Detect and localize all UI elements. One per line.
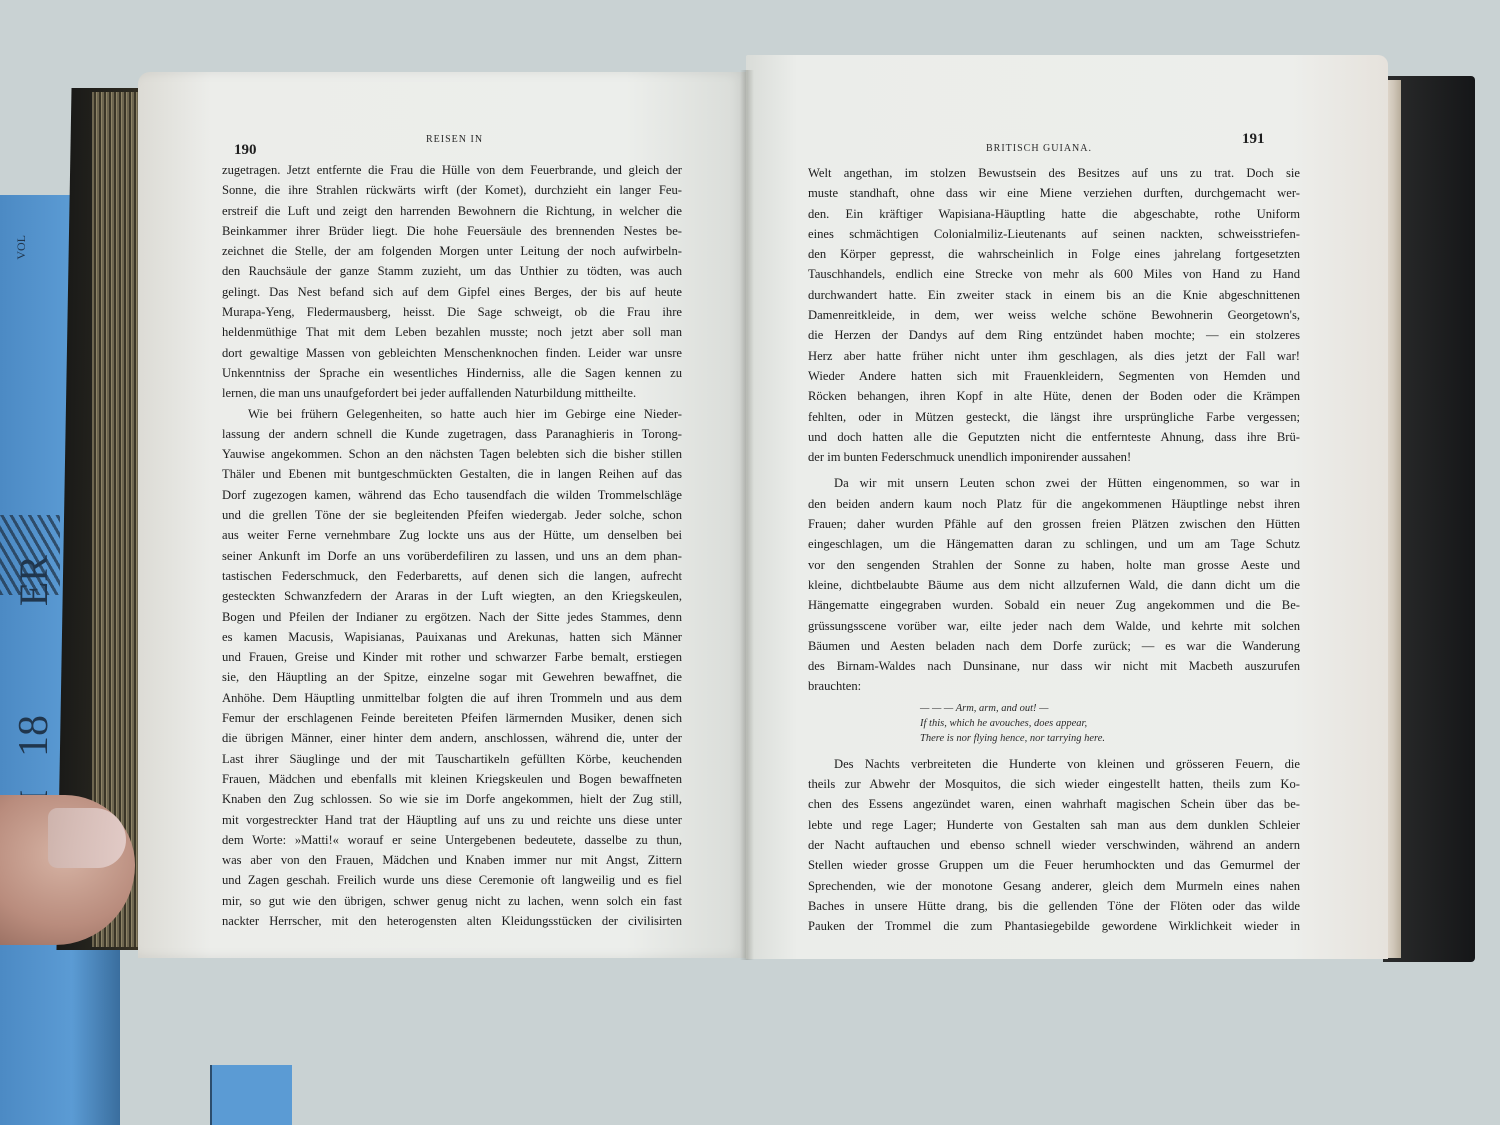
text-line: eingeschlagen, um die Hängematten daran …	[808, 534, 1300, 554]
text-line: Des Nachts verbreiteten die Hunderte von…	[808, 754, 1300, 774]
text-line: Bäumen und Aesten beladen nach dem Dorfe…	[808, 636, 1300, 656]
text-line: chen des Essens angezündet waren, einen …	[808, 794, 1300, 814]
text-line: aus weiter Ferne vernehmbare Zug lockte …	[222, 525, 682, 545]
text-line: des Birnam-Waldes nach Dunsinane, nur da…	[808, 656, 1300, 676]
text-line: eines schmächtigen Colonialmiliz-Lieuten…	[808, 224, 1300, 244]
text-line: vor den sengenden Strahlen der Sonne zu …	[808, 555, 1300, 575]
quote-line: If this, which he avouches, does appear,	[920, 716, 1300, 731]
text-line: Unkenntniss der Sprache ein wesentliches…	[222, 363, 682, 383]
text-line: und die grellen Töne der sie begleitende…	[222, 505, 682, 525]
text-line: muste standhaft, ohne dass wir eine Mien…	[808, 183, 1300, 203]
text-line: Dorf zugezogen kamen, während das Echo t…	[222, 485, 682, 505]
text-line: Frauen, Mädchen und ebenfalls mit kleine…	[222, 769, 682, 789]
left-page: 190 REISEN IN zugetragen. Jetzt entfernt…	[138, 72, 748, 958]
text-line: lassung der andern schnell die Kunde zug…	[222, 424, 682, 444]
text-line: Damenreitkleide, in dem, wer weiss welch…	[808, 305, 1300, 325]
text-line: lernen, die man uns unaufgefordert bei j…	[222, 383, 682, 403]
text-line: den. Ein kräftiger Wapisiana-Häuptling h…	[808, 204, 1300, 224]
text-line: Da wir mit unsern Leuten schon zwei der …	[808, 473, 1300, 493]
text-line: was aber von den Frauen, Mädchen und Kna…	[222, 850, 682, 870]
text-line: Bogen und Pfeilen der Indianer zu ergötz…	[222, 607, 682, 627]
running-head: BRITISCH GUIANA.	[986, 143, 1092, 154]
text-line: Anhöhe. Dem Häuptling unmittelbar folgte…	[222, 688, 682, 708]
text-line: Wieder Andere hatten sich mit Frauenklei…	[808, 366, 1300, 386]
text-line: seiner Ankunft im Dorfe an uns vorüberde…	[222, 546, 682, 566]
quote-line: There is nor flying hence, nor tarrying …	[920, 731, 1300, 746]
text-line: zugetragen. Jetzt entfernte die Frau die…	[222, 160, 682, 180]
text-line: Hängematte eingegraben wurden. Sobald ei…	[808, 595, 1300, 615]
text-line: und Frauen, Greise und Kinder mit rother…	[222, 647, 682, 667]
text-line: Baches in unsere Hütte drang, bis die ge…	[808, 896, 1300, 916]
text-line: Beinkammer ihrer Brüder liegt. Die hohe …	[222, 221, 682, 241]
text-line: dem Worte: »Matti!« worauf er seine Unte…	[222, 830, 682, 850]
text-line: lebte und rege Lager; Hunderte von Gesta…	[808, 815, 1300, 835]
text-line: heldenmüthige That mit dem Leben bezahle…	[222, 322, 682, 342]
text-line: Frauen; daher wurden Pfähle auf den gros…	[808, 514, 1300, 534]
text-line: Pauken der Trommel die zum Phantasiegebi…	[808, 916, 1300, 936]
page-number: 190	[234, 142, 257, 159]
text-line: nackter Herrscher, mit den heterogensten…	[222, 911, 682, 931]
text-line: zeichnet die Stelle, der am folgenden Mo…	[222, 241, 682, 261]
text-line: mit vorgestreckter Hand trat der Häuptli…	[222, 810, 682, 830]
text-line: und doch hatten alle die Geputzten nicht…	[808, 427, 1300, 447]
text-line: Wie bei frühern Gelegenheiten, so hatte …	[222, 404, 682, 424]
text-line: Last ihrer Säuglinge und der mit Tauscha…	[222, 749, 682, 769]
macbeth-quote: — — — Arm, arm, and out! —If this, which…	[808, 701, 1300, 746]
text-line: den Rauchsäule der ganze Stamm zuzieht, …	[222, 261, 682, 281]
quote-line: — — — Arm, arm, and out! —	[920, 701, 1300, 716]
background-book-spine-text: ER	[10, 555, 57, 606]
text-line: sie, den Häuptling an der Spitze, einzel…	[222, 667, 682, 687]
text-line: Tauschhandels, endlich eine Strecke von …	[808, 264, 1300, 284]
text-line: und Zagen geschah. Freilich wurde uns di…	[222, 870, 682, 890]
text-line: Femur der erschlagenen Feinde bereiteten…	[222, 708, 682, 728]
text-line: kleine, dichtbelaubte Bäume aus dem nich…	[808, 575, 1300, 595]
text-line: es kamen Macusis, Wapisianas, Pauixanas …	[222, 627, 682, 647]
text-line: der Nacht auftauchen und ebenso schnell …	[808, 835, 1300, 855]
text-line: theils zur Abwehr der Mosquitos, die sic…	[808, 774, 1300, 794]
text-line: Sonne, die ihre Strahlen rückwärts wirft…	[222, 180, 682, 200]
left-page-body: zugetragen. Jetzt entfernte die Frau die…	[222, 160, 682, 931]
background-book-spine-text: 18	[10, 715, 58, 757]
text-line: den Körper gepresst, die wahrscheinlich …	[808, 244, 1300, 264]
text-line: Herz aber hatte früher nicht unter ihm g…	[808, 346, 1300, 366]
text-line: Murapa-Yeng, Fledermausberg, heisst. Die…	[222, 302, 682, 322]
text-line: Stellen wieder grosse Gruppen um die Feu…	[808, 855, 1300, 875]
background-book-spine-text: VOL	[14, 235, 29, 260]
text-line: Sprechenden, wie der monotone Gesang and…	[808, 876, 1300, 896]
text-line: grüssungsscene vorüber war, eilte jeder …	[808, 616, 1300, 636]
text-line: tastischen Federschmuck, den Federbarett…	[222, 566, 682, 586]
text-line: Yauwise angekommen. Schon an den nächste…	[222, 444, 682, 464]
text-line: erstreif die Luft und zeigt den harrende…	[222, 201, 682, 221]
text-line: durchwandert hatte. Ein zweiter stack in…	[808, 285, 1300, 305]
text-line: dort gewaltige Massen von gebleichten Me…	[222, 343, 682, 363]
text-line: den beiden andern kaum noch Platz für di…	[808, 494, 1300, 514]
text-line: Thäler und Ebenen mit buntgeschmückten G…	[222, 464, 682, 484]
book-gutter	[740, 70, 754, 960]
text-line: fehlten, oder in Mützen gesteckt, die lä…	[808, 407, 1300, 427]
right-page-body: Welt angethan, im stolzen Bewustsein des…	[808, 163, 1300, 936]
text-line: der im bunten Federschmuck unendlich imp…	[808, 447, 1300, 467]
text-line: gesteckten Schwanzfedern der Araras in d…	[222, 586, 682, 606]
text-line: Knaben den Zug schlossen. So wie sie im …	[222, 789, 682, 809]
right-page: BRITISCH GUIANA. 191 Welt angethan, im s…	[746, 55, 1388, 959]
text-line: gelingt. Das Nest befand sich auf dem Gi…	[222, 282, 682, 302]
background-book-label	[210, 1065, 292, 1125]
text-line: Welt angethan, im stolzen Bewustsein des…	[808, 163, 1300, 183]
text-line: die übrigen Männer, einer hinter dem and…	[222, 728, 682, 748]
text-line: brauchten:	[808, 676, 1300, 696]
text-line: die Herzen der Dandys auf dem Ring entzü…	[808, 325, 1300, 345]
page-number: 191	[1242, 131, 1265, 148]
thumbnail	[48, 808, 126, 868]
running-head: REISEN IN	[426, 134, 483, 145]
text-line: Röcken behangen, ihren Kopf in alte Hüte…	[808, 386, 1300, 406]
text-line: mir, so gut wie den übrigen, schwer genu…	[222, 891, 682, 911]
